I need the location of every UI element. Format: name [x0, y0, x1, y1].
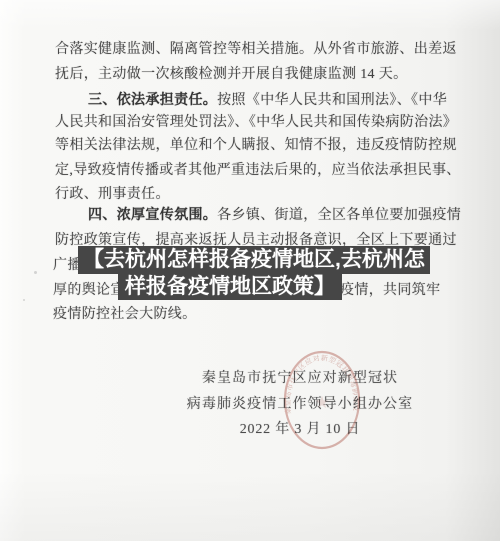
- doc-line-segment: 行政、刑事责任。: [55, 187, 170, 202]
- doc-line-segment: 抚后，主动做一次核酸检测并开展自我健康监测 14 天。: [55, 67, 407, 82]
- doc-line-segment: 定,导致疫情传播或者其他严重违法后果的，应当依法承担民事、: [55, 163, 461, 178]
- scanned-document-page: 合落实健康监测、隔离管控等相关措施。从外省市旅游、出差返抚后，主动做一次核酸检测…: [0, 0, 500, 541]
- doc-line-bold-segment: 四、浓厚宣传氛围。: [88, 208, 217, 223]
- doc-line: 等相关法律法规，单位和个人瞒报、知情不报，违反疫情防控规: [55, 134, 457, 154]
- scan-noise-speck: [23, 299, 25, 301]
- doc-line-segment: 等相关法律法规，单位和个人瞒报、知情不报，违反疫情防控规: [55, 138, 457, 153]
- doc-line: 定,导致疫情传播或者其他严重违法后果的，应当依法承担民事、: [55, 159, 461, 179]
- scan-noise-speck: [34, 271, 37, 274]
- doc-line: 抚后，主动做一次核酸检测并开展自我健康监测 14 天。: [55, 63, 407, 83]
- doc-line-segment: 按照《中华人民共和国刑法》、《中华: [217, 93, 447, 108]
- headline-banner-line-2: 样报备疫情地区政策】: [118, 274, 342, 300]
- doc-line-segment: 合落实健康监测、隔离管控等相关措施。从外省市旅游、出差返: [55, 42, 457, 57]
- doc-line-segment: 人民共和国治安管理处罚法》、《中华人民共和国传染病防治法》: [55, 115, 457, 130]
- doc-line-bold-segment: 三、依法承担责任。: [88, 93, 217, 108]
- doc-line: 合落实健康监测、隔离管控等相关措施。从外省市旅游、出差返: [55, 38, 457, 58]
- doc-line-segment: 各乡镇、街道，全区各单位要加强疫情: [217, 208, 461, 223]
- official-red-seal: 秦皇岛市抚宁区应对新型冠状病毒肺炎疫情工作领导小组 ★: [274, 348, 370, 452]
- doc-line-segment: 疫情，共同筑牢: [340, 283, 440, 298]
- doc-line: 人民共和国治安管理处罚法》、《中华人民共和国传染病防治法》: [55, 111, 457, 131]
- doc-line: 三、依法承担责任。按照《中华人民共和国刑法》、《中华: [88, 89, 447, 109]
- doc-line: 四、浓厚宣传氛围。各乡镇、街道，全区各单位要加强疫情: [88, 204, 461, 224]
- doc-line-segment: 疫情防控社会大防线。: [53, 307, 197, 322]
- doc-line: 疫情防控社会大防线。: [53, 303, 197, 323]
- doc-line: 行政、刑事责任。: [55, 183, 170, 203]
- seal-star-icon: ★: [314, 393, 329, 412]
- headline-banner-line-1: 【去杭州怎样报备疫情地区,去杭州怎: [78, 246, 430, 274]
- doc-line: 疫情，共同筑牢: [340, 279, 440, 299]
